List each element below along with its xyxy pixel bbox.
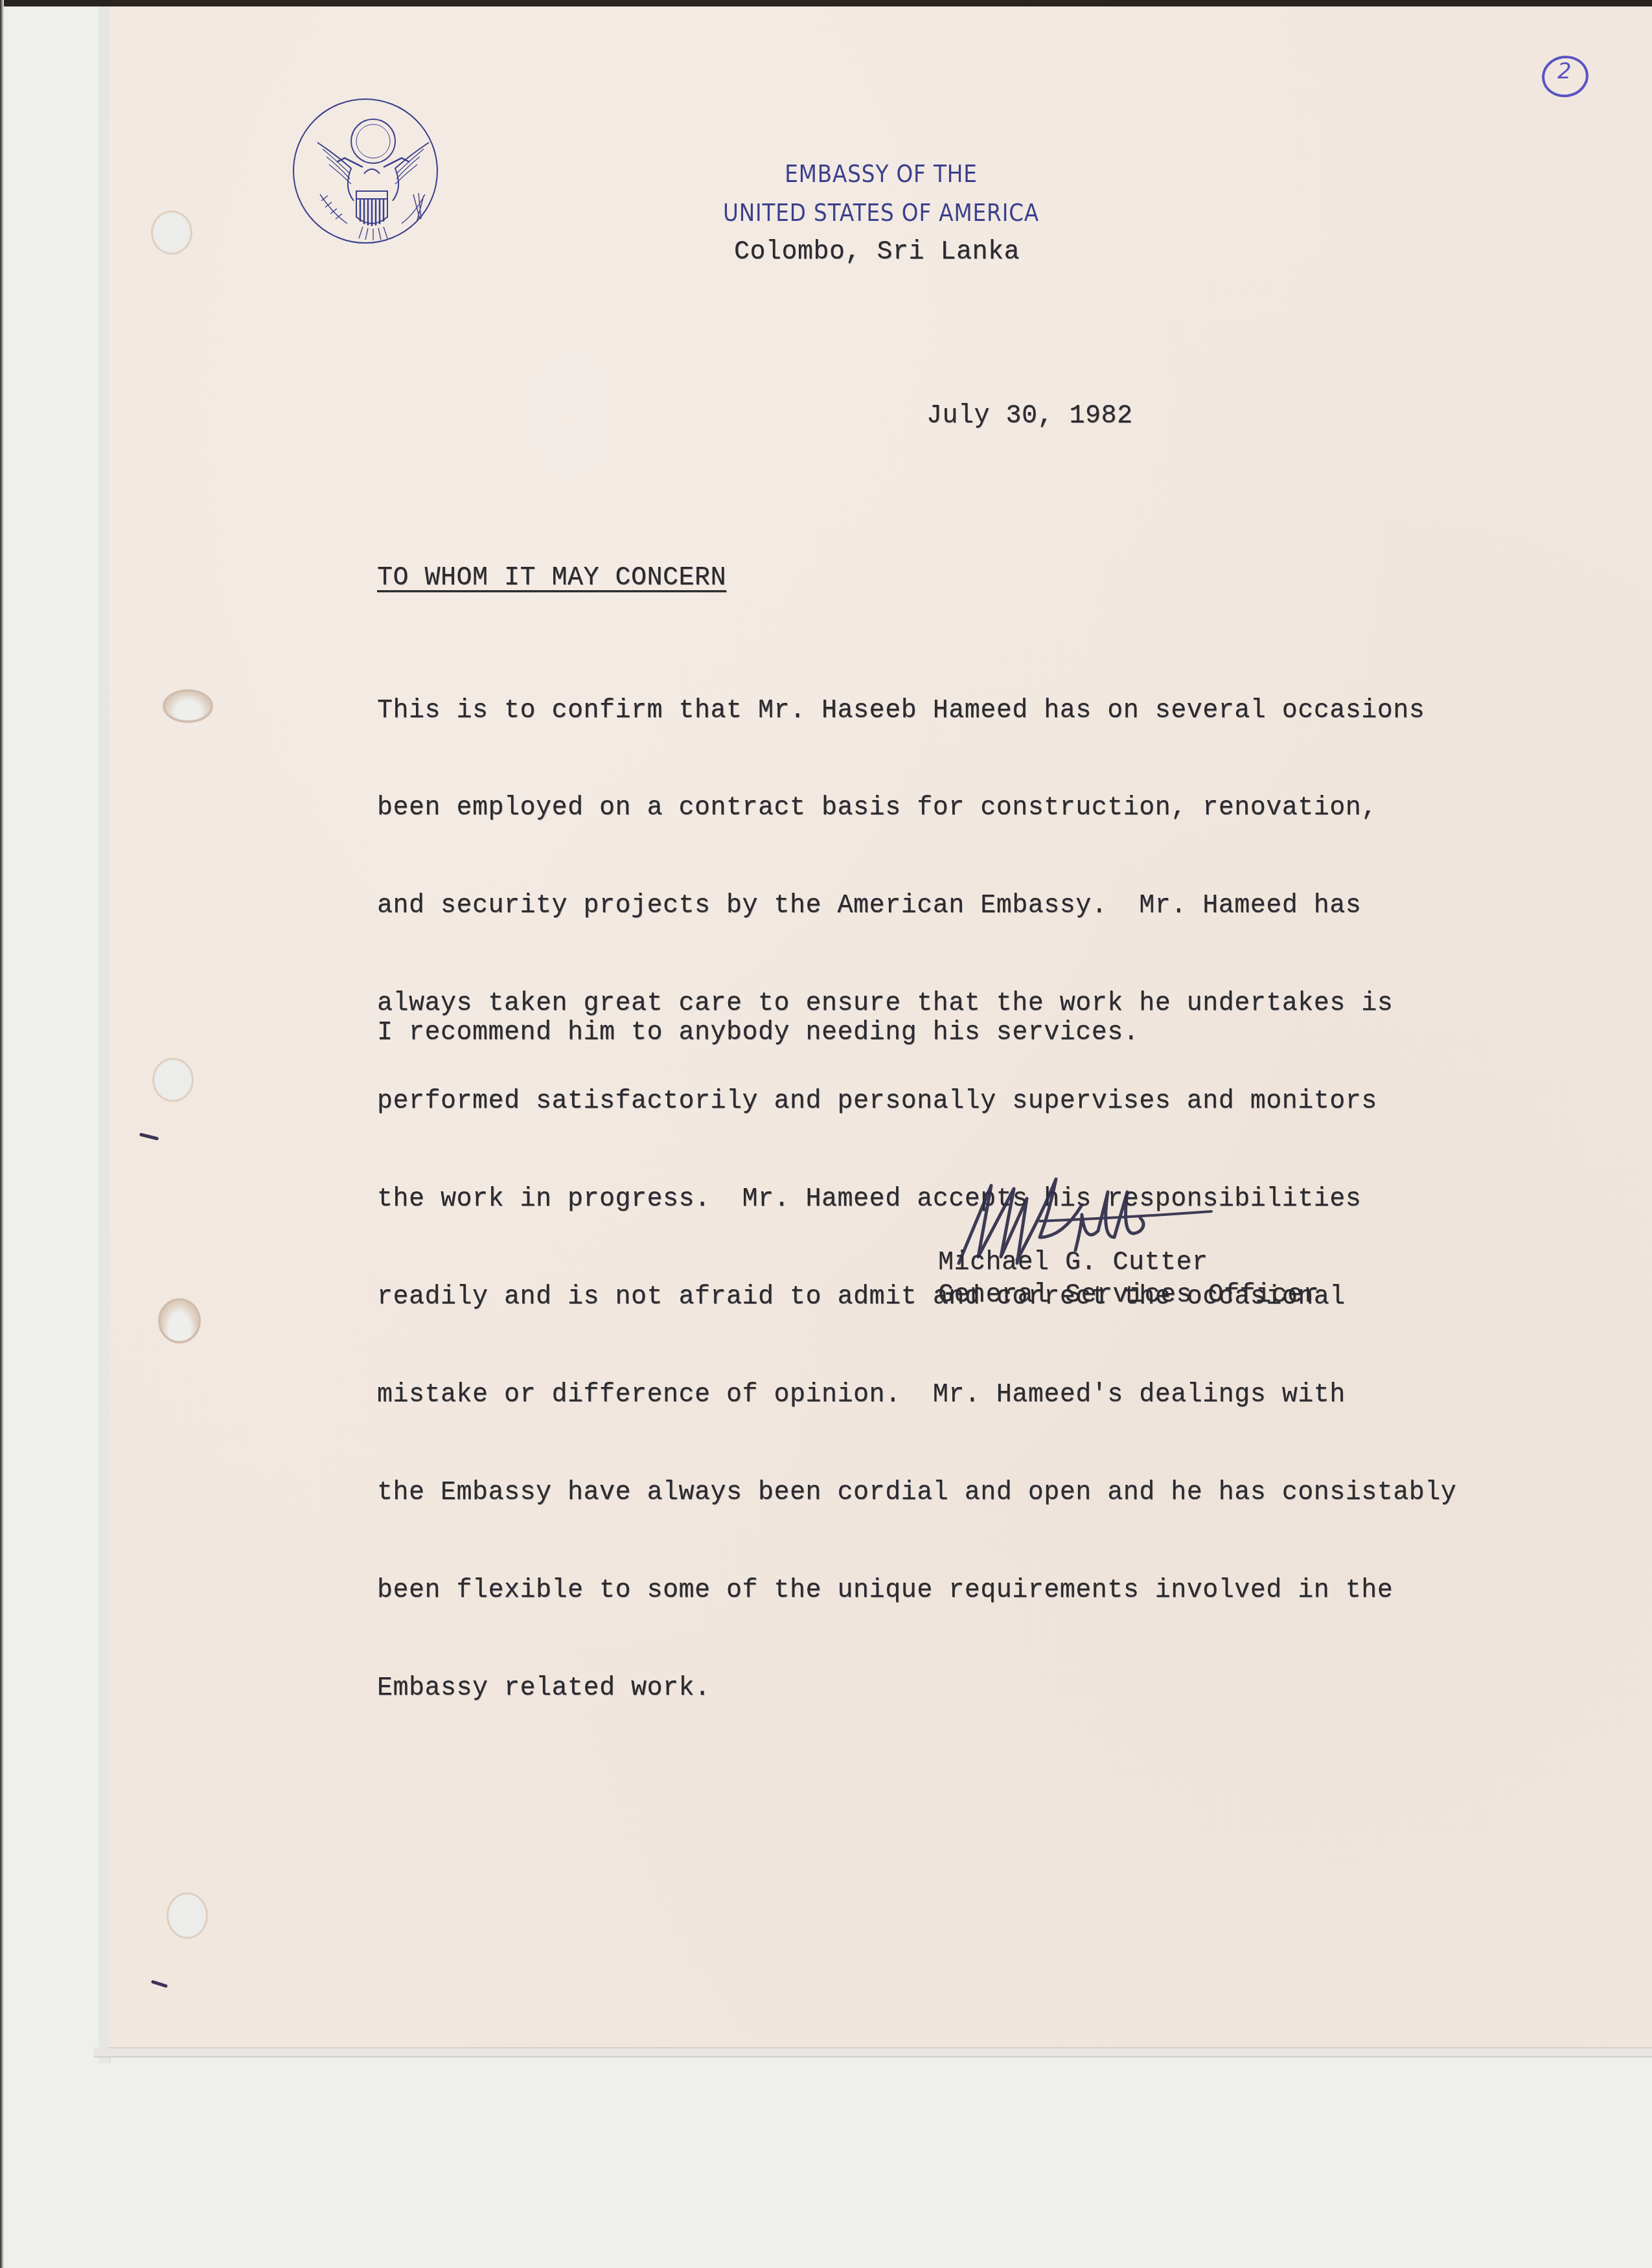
body-line: and security projects by the American Em… xyxy=(377,890,1456,922)
body-line: This is to confirm that Mr. Haseeb Hamee… xyxy=(377,695,1456,727)
body-line: Embassy related work. xyxy=(377,1673,1456,1705)
great-seal-eagle-icon xyxy=(292,97,439,245)
closing-line: I recommend him to anybody needing his s… xyxy=(377,1018,1139,1048)
letter-body: This is to confirm that Mr. Haseeb Hamee… xyxy=(377,630,1456,1737)
punch-hole xyxy=(153,212,190,253)
letterhead-line-2: UNITED STATES OF AMERICA xyxy=(652,193,1109,232)
backing-sheet-bottom xyxy=(94,2047,1652,2057)
letterhead: EMBASSY OF THE UNITED STATES OF AMERICA xyxy=(652,154,1109,232)
torn-punch-hole xyxy=(161,1301,198,1341)
torn-punch-hole xyxy=(165,692,211,720)
letter-date: July 30, 1982 xyxy=(926,402,1133,431)
signatory-name: Michael G. Cutter xyxy=(938,1248,1208,1277)
salutation: TO WHOM IT MAY CONCERN xyxy=(377,564,726,593)
body-line: the work in progress. Mr. Hameed accepts… xyxy=(377,1184,1456,1216)
body-line: the Embassy have always been cordial and… xyxy=(377,1477,1456,1509)
punch-hole xyxy=(168,1894,206,1937)
scanner-top-edge xyxy=(0,0,1652,6)
body-line: mistake or difference of opinion. Mr. Ha… xyxy=(377,1379,1456,1412)
body-line: been flexible to some of the unique requ… xyxy=(377,1575,1456,1607)
page-number-marker: 2 xyxy=(1541,53,1592,98)
body-line: always taken great care to ensure that t… xyxy=(377,988,1456,1020)
letterhead-line-1: EMBASSY OF THE xyxy=(652,154,1109,193)
body-line: performed satisfactorily and personally … xyxy=(377,1086,1456,1118)
punch-hole xyxy=(154,1060,192,1100)
body-line: been employed on a contract basis for co… xyxy=(377,792,1456,825)
signatory-title: General Services Officer xyxy=(938,1281,1319,1310)
scanner-left-edge xyxy=(0,0,4,2268)
letterhead-city: Colombo, Sri Lanka xyxy=(734,238,1020,267)
page-number: 2 xyxy=(1557,58,1572,84)
